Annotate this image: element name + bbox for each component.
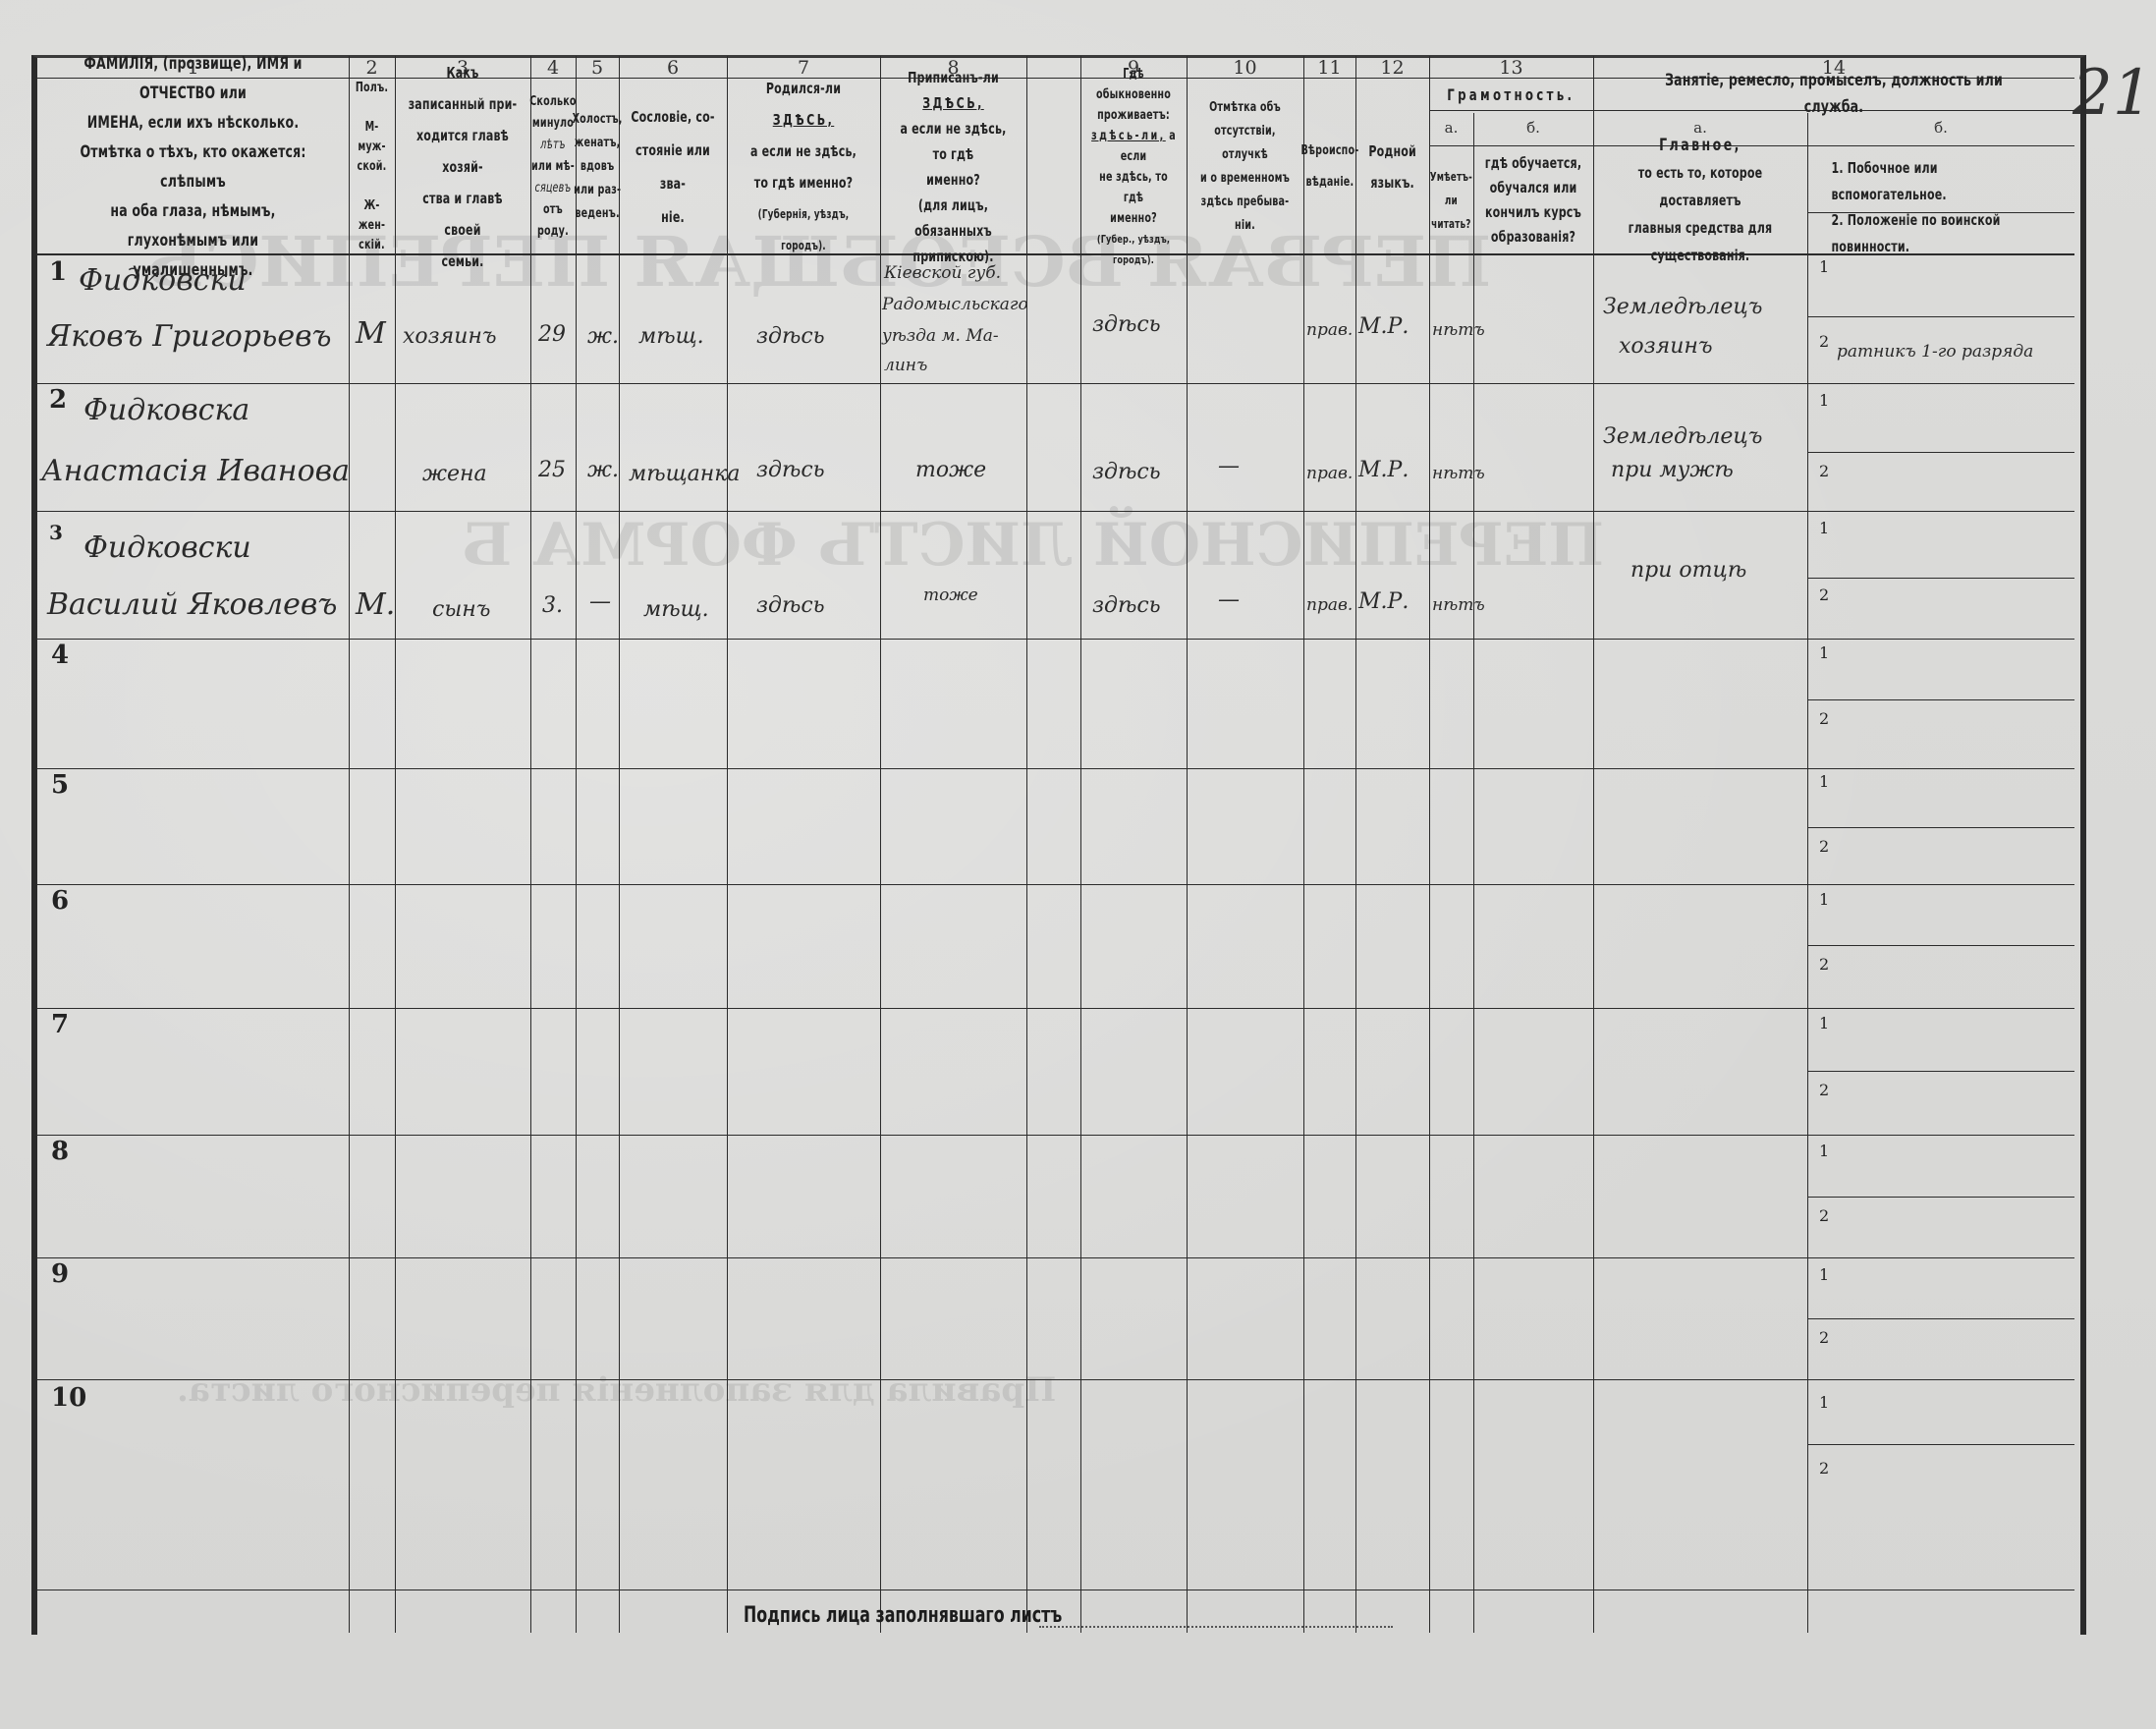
header-col2: Полъ. М-муж- ской. Ж-жен- скій. [349,81,395,252]
header-text: Сколько [529,91,576,113]
row1-literate: нѣтъ [1432,320,1485,340]
header-col14-title: Занятіе, ремесло, промыселъ, должность и… [1593,79,2074,110]
subrow-label: 2 [1819,1081,1829,1099]
row3-absence: — [1218,587,1240,612]
header-col11: Вѣроиспо- вѣданіе. [1303,81,1355,252]
row1-registered-3: уѣзда м. Ма- [882,326,999,346]
header-col3: Какъ записанный при- ходится главѣ хозяй… [395,81,530,252]
header-text: ской. [353,157,391,177]
header-col4: Сколько минуло лѣтъ или мѣ- сяцевъ отъ р… [530,81,576,252]
column-number: 12 [1355,57,1429,79]
subrow-label: 2 [1819,1459,1829,1478]
row1-estate: мѣщ. [638,324,704,349]
subrow-divider [1807,578,2074,579]
subrow-label: 2 [1819,1206,1829,1225]
subrow-divider [1807,1444,2074,1445]
header-col1: ФАМИЛІЯ, (прозвище), ИМЯ и ОТЧЕСТВО или … [37,81,349,252]
header-text: то есть то, которое доставляетъ [1613,159,1789,214]
header-text: главныя средства для существованія. [1613,214,1789,269]
header-text: вдовъ [572,155,622,179]
row-divider [37,511,2074,512]
sub-label: б. [1473,112,1593,143]
column-number: 6 [619,57,727,79]
row1-surname: Фидковски [79,263,247,298]
row1-marital: ж. [587,324,619,349]
header-text: кончилъ курсъ [1484,200,1582,225]
header-col12: Родной языкъ. [1355,81,1429,252]
header-text: Родился-ли [766,80,841,97]
subrow-label: 1 [1819,772,1829,791]
header-col7: Родился-ли ЗДѢСЬ, а если не здѣсь, то гд… [727,81,880,252]
subrow-label: 2 [1819,586,1829,604]
row-divider [37,1379,2074,1380]
header-text: сяцевъ [529,178,576,199]
header-text: стояніе или зва- [629,134,717,200]
header-text: ИМЕНА, если ихъ нѣсколько. [66,108,321,138]
sub-label: а. [1429,112,1473,143]
row3-sex: М. [356,587,395,622]
row1-relation: хозяинъ [403,324,497,349]
header-text: Вѣроиспо- [1300,136,1358,167]
header-text: М-муж- [353,118,391,157]
subrow-label: 1 [1819,1265,1829,1284]
row2-residence: здѣсь [1092,460,1161,484]
header-text: вѣданіе. [1300,167,1358,198]
header-text: Гдѣ обыкновенно [1090,64,1178,105]
subrow-label: 1 [1819,1014,1829,1032]
header-col5: Холостъ, женатъ, вдовъ или раз- веденъ. [576,81,619,252]
header-text: на оба глаза, нѣмымъ, глухонѣмымъ или [66,196,321,255]
row1-occupation-main-1: Земледѣлецъ [1603,295,1762,319]
col-divider [1429,56,1430,1633]
row-number: 10 [51,1383,86,1413]
col-divider [1473,113,1474,1633]
subrow-label: 1 [1819,890,1829,909]
subrow-label: 2 [1819,1328,1829,1347]
header-text: образованія? [1484,225,1582,250]
row1-given-name: Яковъ Григорьевъ [47,319,332,354]
row-divider [37,768,2074,769]
header-text: не здѣсь, то гдѣ [1090,167,1178,208]
col-divider [1807,113,1808,1633]
row1-religion: прав. [1306,320,1353,340]
row-number: 6 [51,886,69,916]
row3-birthplace: здѣсь [756,593,825,618]
header-text: Холостъ, [572,108,622,132]
header-text: ходится главѣ хозяй- [407,120,518,183]
row2-age: 25 [538,458,566,482]
row1-birthplace: здѣсь [756,324,825,349]
header-text: скій. [353,236,391,255]
row2-marital: ж. [587,458,619,482]
row2-occupation-main-2: при мужѣ [1611,458,1734,482]
row2-occupation-main-1: Земледѣлецъ [1603,424,1762,449]
row-divider [37,884,2074,885]
header-text: ніе. [629,200,717,234]
census-table-frame [31,55,2086,1635]
header-text: а если не здѣсь, то гдѣ [893,116,1013,167]
row1-military-status: ратникъ 1-го разряда [1837,342,2033,362]
header-col14b-1: 1. Побочное или вспомогательное. [1807,147,2074,216]
col-divider [880,56,881,1633]
subrow-divider [1807,316,2074,317]
subrow-label: 1 [1819,257,1829,276]
header-text: а если не здѣсь, [741,136,866,167]
row-divider [37,1008,2074,1009]
column-number: 11 [1303,57,1355,79]
row3-given-name: Василий Яковлевъ [47,587,337,622]
header-text: Сословіе, со- [629,100,717,134]
subrow-label: 1 [1819,391,1829,410]
header-text: то гдѣ именно? [741,167,866,198]
row1-registered-2: Радомысльскаго [882,295,1028,314]
row2-registered: тоже [915,458,986,482]
header-text: 1. Побочное или вспомогательное. [1831,155,2050,208]
header-text: Ж-жен- [353,196,391,236]
col-divider [576,56,577,1633]
row3-estate: мѣщ. [643,597,709,622]
header-text: веденъ. [572,202,622,226]
header-text: лѣтъ [529,135,576,156]
header-text: (Губернія, уѣздъ, городъ). [741,198,866,261]
row2-religion: прав. [1306,464,1353,483]
header-col13b: гдѣ обучается, обучался или кончилъ курс… [1473,147,1593,252]
row2-surname: Фидковска [83,393,249,427]
header-col10: Отмѣтка объ отсутствіи, отлучкѣ и о врем… [1187,81,1303,252]
header-text: минуло [529,113,576,135]
header-text: здѣсь пребыва- [1197,191,1294,214]
column-number: 5 [576,57,619,79]
header-text: ЗДѢСЬ, [773,111,835,129]
header-col8: Приписанъ-ли ЗДѢСЬ, а если не здѣсь, то … [880,81,1026,252]
row1-age: 29 [538,322,566,347]
header-text: именно? [893,167,1013,193]
subrow-label: 2 [1819,955,1829,974]
signature-line[interactable] [1039,1626,1393,1628]
subrow-label: 2 [1819,332,1829,351]
subrow-divider [1807,699,2074,700]
column-number: 4 [530,57,576,79]
row-number: 1 [49,257,67,287]
subrow-label: 2 [1819,837,1829,856]
col-divider [727,56,728,1633]
row1-occupation-main-2: хозяинъ [1619,334,1713,359]
subrow-divider [1807,945,2074,946]
subrow-label: 2 [1819,462,1829,480]
header-text: Приписанъ-ли [908,69,999,86]
subrow-label: 1 [1819,643,1829,662]
subrow-divider [1807,452,2074,453]
subrow-divider [1807,1071,2074,1072]
header-text: или мѣ- [529,156,576,178]
census-sheet: ПЕРВАЯ ВСЕОБЩАЯ ПЕРЕПИСЬ ПЕРЕПИСНОЙ ЛИСТ… [0,0,2156,1729]
header-text: Отмѣтка о тѣхъ, кто окажется: слѣпымъ [66,138,321,196]
header-text: проживаетъ: [1090,105,1178,126]
col-divider [1187,56,1188,1633]
header-col14a: Главное, то есть то, которое доставляетъ… [1593,147,1807,252]
subrow-label: 1 [1819,519,1829,537]
row3-literate: нѣтъ [1432,595,1485,615]
row3-age: 3. [542,593,563,618]
col-divider [1026,56,1027,1633]
header-text: и о временномъ [1197,167,1294,191]
row3-relation: сынъ [432,597,490,622]
header-text: (Губер., уѣздъ, городъ). [1090,229,1178,270]
header-text: Умѣетъ- [1430,165,1472,189]
header-text: ли [1430,189,1472,212]
row1-sex: М [356,316,386,351]
header-text: читать? [1430,212,1472,236]
row-number: 8 [51,1137,69,1166]
row3-residence: здѣсь [1092,593,1161,618]
header-text: именно? [1090,208,1178,229]
row-number: 5 [51,770,69,800]
header-text: ФАМИЛІЯ, (прозвище), ИМЯ и ОТЧЕСТВО или [66,49,321,108]
header-text: женатъ, [572,132,622,155]
header-col9: Гдѣ обыкновенно проживаетъ: здѣсь-ли, а … [1080,81,1187,252]
column-number: 10 [1187,57,1303,79]
row1-residence: здѣсь [1092,312,1161,337]
header-text: (для лицъ, обязанныхъ [893,193,1013,244]
row-number: 7 [51,1010,69,1039]
row1-registered-4: линъ [884,356,927,375]
col-divider [395,56,396,1633]
header-text: Главное, [1613,132,1789,159]
row2-given-name: Анастасія Иванова [41,454,350,488]
column-number: 2 [349,57,395,79]
sub-label: б. [1807,112,2074,143]
col-divider [530,56,531,1633]
header-text: языкъ. [1368,167,1416,198]
row-number: 3 [49,521,63,544]
col-divider [619,56,620,1633]
col-divider [1303,56,1304,1633]
row3-language: М.Р. [1358,589,1409,614]
header-text: ніи. [1197,214,1294,238]
subrow-divider [1807,827,2074,828]
column-number: 13 [1429,57,1593,79]
row3-marital: — [589,589,611,614]
row-number: 9 [51,1259,69,1289]
row1-registered-1: Кiевской губ. [884,263,1001,283]
row2-absence: — [1218,454,1240,478]
row3-religion: прав. [1306,595,1353,615]
header-text: семьи. [407,246,518,277]
header-text: здѣсь-ли, [1091,129,1166,143]
subrow-label: 1 [1819,1393,1829,1412]
subrow-divider [1807,1318,2074,1319]
row1-language: М.Р. [1358,314,1409,339]
row3-registered: тоже [923,586,978,605]
col-divider [1593,56,1594,1633]
subrow-divider [1807,1197,2074,1198]
row-divider [37,383,2074,384]
header-text: Полъ. [353,79,391,98]
header-text: Отмѣтка объ [1197,96,1294,120]
col-divider [349,56,350,1633]
row-divider [37,1135,2074,1136]
row2-birthplace: здѣсь [756,458,825,482]
header-col14b-2: 2. Положеніе по воинской повинности. [1807,214,2074,253]
header-col13-title: Грамотность. [1429,79,1593,110]
row3-surname: Фидковски [83,530,251,565]
header-col13a: Умѣетъ- ли читать? [1429,147,1473,252]
row-divider [37,1590,2074,1590]
header-text: ства и главѣ своей [407,183,518,246]
header-text: гдѣ обучается, [1484,151,1582,176]
header-text: или раз- [572,179,622,202]
row-divider [37,639,2074,640]
row3-occupation-main: при отцѣ [1631,558,1746,583]
header-col6: Сословіе, со- стояніе или зва- ніе. [619,81,727,252]
header-text: отсутствіи, отлучкѣ [1197,120,1294,167]
row2-literate: нѣтъ [1432,464,1485,483]
header-text: Родной [1368,136,1416,167]
row-divider [37,1257,2074,1258]
signature-label: Подпись лица заполнявшаго листъ [744,1603,1062,1628]
header-text: 2. Положеніе по воинской повинности. [1831,207,2050,260]
header-text: Какъ записанный при- [407,57,518,120]
row2-relation: жена [422,462,487,486]
row-number: 4 [51,641,69,670]
col-divider [1080,56,1081,1633]
header-text: обучался или [1484,176,1582,200]
row2-language: М.Р. [1358,458,1409,482]
subrow-label: 2 [1819,709,1829,728]
row2-estate: мѣщанка [629,462,741,486]
row-number: 2 [49,385,67,415]
col-divider [1355,56,1356,1633]
subrow-label: 1 [1819,1142,1829,1160]
header-text: ЗДѢСЬ, [922,94,984,112]
header-text: Грамотность. [1448,82,1576,108]
header-text: отъ роду. [529,199,576,243]
